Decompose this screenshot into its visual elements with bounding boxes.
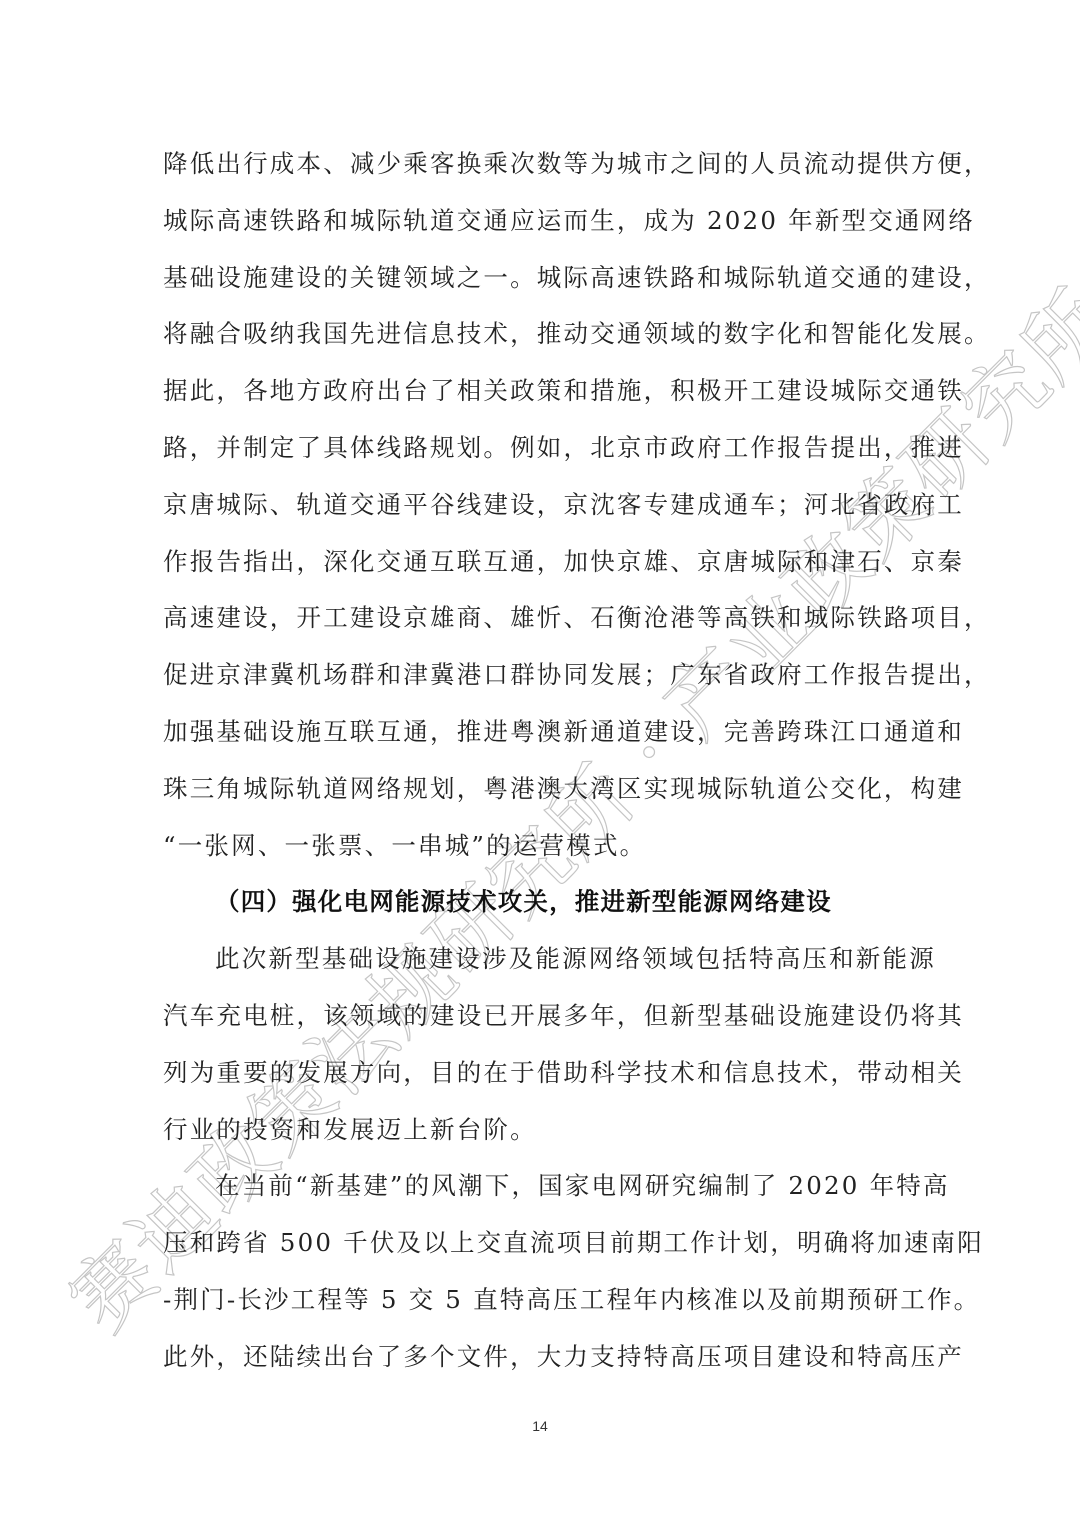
text-line: 加强基础设施互联互通，推进粤澳新通道建设，完善跨珠江口通道和 [163, 704, 923, 761]
paragraph-start-line: 此次新型基础设施建设涉及能源网络领域包括特高压和新能源 [163, 931, 923, 988]
text-line: 京唐城际、轨道交通平谷线建设，京沈客专建成通车；河北省政府工 [163, 477, 923, 534]
text-line: 行业的投资和发展迈上新台阶。 [163, 1102, 923, 1159]
text-line: 压和跨省 500 千伏及以上交直流项目前期工作计划，明确将加速南阳 [163, 1215, 923, 1272]
text-line: 降低出行成本、减少乘客换乘次数等为城市之间的人员流动提供方便， [163, 136, 923, 193]
paragraph-start-line: 在当前“新基建”的风潮下，国家电网研究编制了 2020 年特高 [163, 1158, 923, 1215]
section-heading: （四）强化电网能源技术攻关，推进新型能源网络建设 [163, 874, 923, 931]
text-line: 作报告指出，深化交通互联互通，加快京雄、京唐城际和津石、京秦 [163, 534, 923, 591]
document-page: 赛迪政策法规研究所 · 产业政策研究所 降低出行成本、减少乘客换乘次数等为城市之… [0, 0, 1080, 1527]
text-line: 汽车充电桩，该领域的建设已开展多年，但新型基础设施建设仍将其 [163, 988, 923, 1045]
text-line: “一张网、一张票、一串城”的运营模式。 [163, 818, 923, 875]
text-line: 高速建设，开工建设京雄商、雄忻、石衡沧港等高铁和城际铁路项目， [163, 590, 923, 647]
text-line: 路，并制定了具体线路规划。例如，北京市政府工作报告提出，推进 [163, 420, 923, 477]
body-text: 降低出行成本、减少乘客换乘次数等为城市之间的人员流动提供方便， 城际高速铁路和城… [163, 136, 923, 1386]
text-line: -荆门-长沙工程等 5 交 5 直特高压工程年内核准以及前期预研工作。 [163, 1272, 923, 1329]
text-line: 珠三角城际轨道网络规划，粤港澳大湾区实现城际轨道公交化，构建 [163, 761, 923, 818]
text-line: 列为重要的发展方向，目的在于借助科学技术和信息技术，带动相关 [163, 1045, 923, 1102]
text-line: 城际高速铁路和城际轨道交通应运而生，成为 2020 年新型交通网络 [163, 193, 923, 250]
text-line: 基础设施建设的关键领域之一。城际高速铁路和城际轨道交通的建设， [163, 250, 923, 307]
text-line: 将融合吸纳我国先进信息技术，推动交通领域的数字化和智能化发展。 [163, 306, 923, 363]
text-line: 促进京津冀机场群和津冀港口群协同发展；广东省政府工作报告提出， [163, 647, 923, 704]
page-number: 14 [0, 1418, 1080, 1434]
text-line: 此外，还陆续出台了多个文件，大力支持特高压项目建设和特高压产 [163, 1329, 923, 1386]
text-line: 据此，各地方政府出台了相关政策和措施，积极开工建设城际交通铁 [163, 363, 923, 420]
